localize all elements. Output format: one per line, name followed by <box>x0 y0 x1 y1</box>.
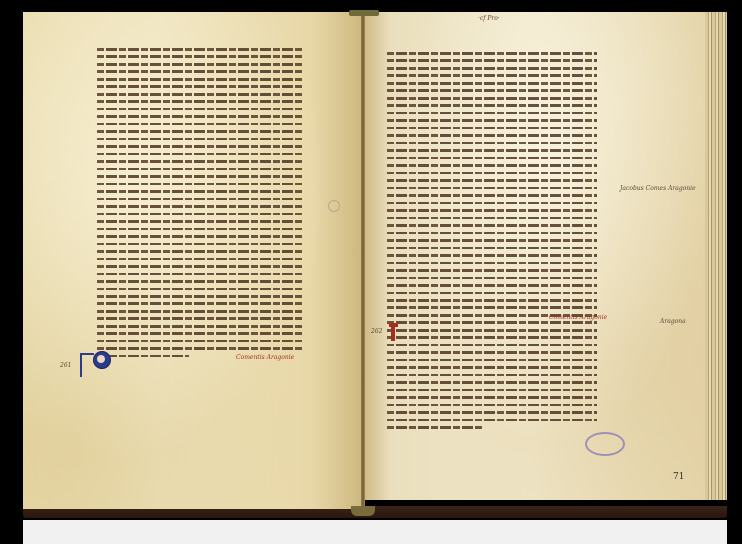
right-left-margin-note: 262 <box>371 328 382 335</box>
text-line <box>97 250 302 253</box>
text-line <box>387 321 597 324</box>
library-stamp <box>585 432 625 456</box>
text-line <box>97 78 302 81</box>
text-line <box>387 119 597 122</box>
text-line <box>387 82 597 85</box>
text-line <box>97 160 302 163</box>
decorated-initial-left-inner <box>97 355 105 363</box>
text-line <box>97 138 302 141</box>
text-line <box>387 366 597 369</box>
text-line <box>387 336 597 339</box>
text-line <box>97 310 302 313</box>
bottom-background <box>23 520 727 544</box>
text-line <box>97 325 302 328</box>
text-line <box>97 130 302 133</box>
text-line <box>97 302 302 305</box>
text-line <box>387 284 597 287</box>
text-line <box>97 93 302 96</box>
text-line <box>387 97 597 100</box>
text-line <box>387 299 597 302</box>
text-line <box>387 404 597 407</box>
text-line <box>97 347 302 350</box>
text-line <box>387 292 597 295</box>
text-line <box>387 262 597 265</box>
text-line <box>97 288 302 291</box>
text-line <box>387 426 482 429</box>
text-line <box>97 332 302 335</box>
text-line <box>387 149 597 152</box>
text-line <box>97 220 302 223</box>
text-line <box>387 142 597 145</box>
text-line <box>97 85 302 88</box>
text-line <box>387 306 597 309</box>
text-line <box>97 63 302 66</box>
text-line <box>97 295 302 298</box>
text-line <box>97 168 302 171</box>
left-margin-note: 261 <box>60 362 71 369</box>
text-line <box>387 381 597 384</box>
text-line <box>97 70 302 73</box>
text-line <box>387 187 597 190</box>
text-line <box>387 179 597 182</box>
text-line <box>387 172 597 175</box>
text-line <box>97 228 302 231</box>
text-line <box>387 411 597 414</box>
text-line <box>387 351 597 354</box>
initial-flourish <box>80 353 82 377</box>
text-line <box>97 198 302 201</box>
text-line <box>97 235 302 238</box>
text-line <box>97 213 302 216</box>
text-line <box>387 52 597 55</box>
text-line <box>387 344 597 347</box>
text-line <box>387 269 597 272</box>
text-line <box>97 258 302 261</box>
headband <box>349 10 379 16</box>
tailband <box>351 506 375 516</box>
text-line <box>97 243 302 246</box>
right-margin-note-1: Jacobus Comes Aragonie <box>620 185 696 192</box>
text-line <box>97 190 302 193</box>
text-line <box>387 104 597 107</box>
folio-number: 71 <box>673 472 684 482</box>
text-line <box>97 108 302 111</box>
left-page-text-block <box>97 48 302 362</box>
text-line <box>97 183 302 186</box>
faint-mark <box>328 200 340 212</box>
text-line <box>97 317 302 320</box>
text-line <box>387 194 597 197</box>
gutter <box>361 12 365 509</box>
text-line <box>97 265 302 268</box>
text-line <box>387 254 597 257</box>
text-line <box>387 59 597 62</box>
text-line <box>387 67 597 70</box>
fore-edge-leaves <box>705 12 727 500</box>
text-line <box>97 175 302 178</box>
text-line <box>97 340 302 343</box>
text-line <box>97 123 302 126</box>
text-line <box>97 280 302 283</box>
right-margin-note-2: Aragona <box>660 318 686 325</box>
text-line <box>97 100 302 103</box>
text-line <box>387 74 597 77</box>
text-line <box>387 217 597 220</box>
right-page-text-block <box>387 52 597 434</box>
text-line <box>387 157 597 160</box>
text-line <box>387 202 597 205</box>
right-header-note: ·cf Pro· <box>478 15 500 22</box>
text-line <box>387 112 597 115</box>
text-line <box>387 396 597 399</box>
left-rubric: Comentis Aragonie <box>236 354 294 361</box>
text-line <box>97 55 302 58</box>
text-line <box>387 419 597 422</box>
text-line <box>387 359 597 362</box>
text-line <box>387 239 597 242</box>
initial-flourish-stem <box>80 353 94 355</box>
text-line <box>387 224 597 227</box>
text-line <box>387 209 597 212</box>
text-line <box>387 89 597 92</box>
text-line <box>387 164 597 167</box>
text-line <box>97 145 302 148</box>
text-line <box>97 205 302 208</box>
text-line <box>97 355 189 358</box>
text-line <box>97 48 302 51</box>
decorated-initial-right-stem <box>391 323 395 341</box>
text-line <box>387 134 597 137</box>
text-line <box>97 153 302 156</box>
text-line <box>387 127 597 130</box>
text-line <box>387 232 597 235</box>
text-line <box>387 247 597 250</box>
text-line <box>387 277 597 280</box>
text-line <box>97 115 302 118</box>
text-line <box>387 374 597 377</box>
text-line <box>387 329 597 332</box>
text-line <box>387 389 597 392</box>
right-rubric: Comentis Aragonie <box>549 314 607 321</box>
text-line <box>97 273 302 276</box>
